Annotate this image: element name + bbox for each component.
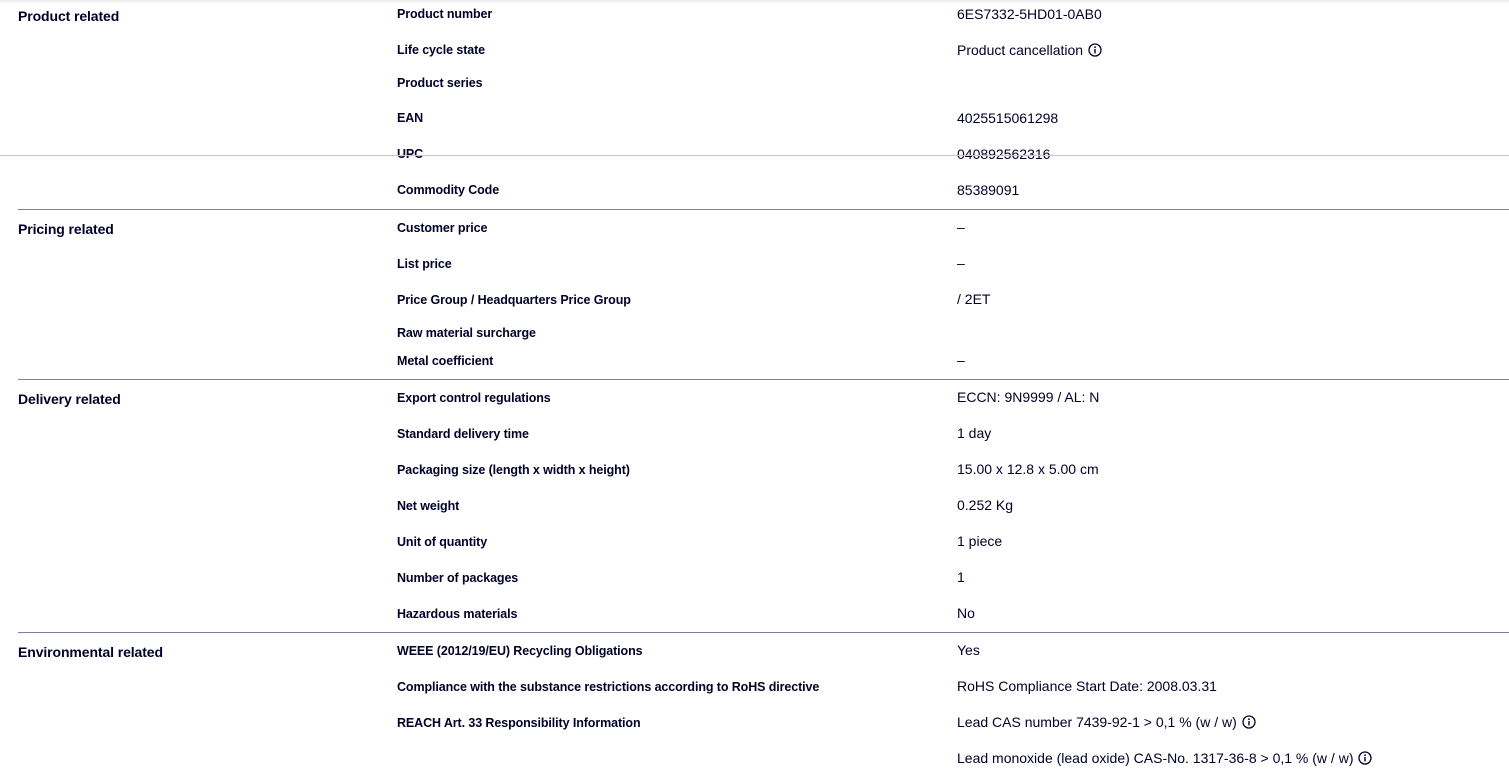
row-value: No: [957, 605, 975, 621]
row-value: / 2ET: [957, 291, 990, 307]
row-value-text: –: [957, 352, 965, 368]
table-row: List price–: [18, 257, 1509, 277]
section-pricing-related: Pricing relatedCustomer price–List price…: [18, 209, 1509, 210]
row-value: Lead monoxide (lead oxide) CAS-No. 1317-…: [957, 750, 1372, 766]
row-label: Commodity Code: [397, 183, 499, 197]
row-value-text: 4025515061298: [957, 110, 1058, 126]
row-value: ECCN: 9N9999 / AL: N: [957, 389, 1099, 405]
table-row: WEEE (2012/19/EU) Recycling ObligationsY…: [18, 644, 1509, 664]
table-row: Product series: [18, 76, 1509, 96]
row-label: Metal coefficient: [397, 354, 493, 368]
row-value: 85389091: [957, 182, 1019, 198]
row-label: WEEE (2012/19/EU) Recycling Obligations: [397, 644, 642, 658]
row-value: 6ES7332-5HD01-0AB0: [957, 6, 1102, 22]
row-label: Product series: [397, 76, 482, 90]
table-row: Product number6ES7332-5HD01-0AB0: [18, 7, 1509, 27]
row-value-text: Yes: [957, 642, 980, 658]
row-label: EAN: [397, 111, 423, 125]
row-label: Packaging size (length x width x height): [397, 463, 630, 477]
table-row: EAN4025515061298: [18, 111, 1509, 131]
row-value: 1 piece: [957, 533, 1002, 549]
table-row: Unit of quantity1 piece: [18, 535, 1509, 555]
row-value-text: –: [957, 255, 965, 271]
top-shadow: [0, 0, 1509, 4]
row-label: Compliance with the substance restrictio…: [397, 680, 819, 694]
row-value: –: [957, 352, 965, 368]
section-environmental-related: Environmental relatedWEEE (2012/19/EU) R…: [18, 632, 1509, 633]
table-row: Price Group / Headquarters Price Group/ …: [18, 293, 1509, 313]
row-value: 1: [957, 569, 965, 585]
row-value: Product cancellation: [957, 42, 1102, 58]
info-icon[interactable]: [1242, 715, 1256, 729]
row-value-text: 0.252 Kg: [957, 497, 1013, 513]
row-value-text: 1: [957, 569, 965, 585]
row-value-text: No: [957, 605, 975, 621]
row-label: REACH Art. 33 Responsibility Information: [397, 716, 640, 730]
row-value: –: [957, 255, 965, 271]
row-value: –: [957, 219, 965, 235]
row-value-text: RoHS Compliance Start Date: 2008.03.31: [957, 678, 1217, 694]
row-label: Export control regulations: [397, 391, 551, 405]
row-value-text: 6ES7332-5HD01-0AB0: [957, 6, 1102, 22]
row-value: 0.252 Kg: [957, 497, 1013, 513]
row-value-text: ECCN: 9N9999 / AL: N: [957, 389, 1099, 405]
table-row: Metal coefficient–: [18, 354, 1509, 374]
row-value-text: 040892562316: [957, 146, 1050, 162]
row-value-text: 85389091: [957, 182, 1019, 198]
table-row: Packaging size (length x width x height)…: [18, 463, 1509, 483]
info-icon[interactable]: [1088, 43, 1102, 57]
row-label: Net weight: [397, 499, 459, 513]
row-value: RoHS Compliance Start Date: 2008.03.31: [957, 678, 1217, 694]
table-row: Commodity Code85389091: [18, 183, 1509, 203]
row-value-text: Lead CAS number 7439-92-1 > 0,1 % (w / w…: [957, 714, 1237, 730]
overlay-divider-line: [0, 155, 1509, 156]
table-row: Raw material surcharge: [18, 326, 1509, 346]
row-value-text: 1 day: [957, 425, 991, 441]
table-row: Standard delivery time1 day: [18, 427, 1509, 447]
table-row: Lead monoxide (lead oxide) CAS-No. 1317-…: [18, 752, 1509, 772]
table-row: Compliance with the substance restrictio…: [18, 680, 1509, 700]
row-label: Number of packages: [397, 571, 518, 585]
row-value: 4025515061298: [957, 110, 1058, 126]
row-value-text: –: [957, 219, 965, 235]
table-row: Customer price–: [18, 221, 1509, 241]
table-row: UPC040892562316: [18, 147, 1509, 167]
row-label: Life cycle state: [397, 43, 485, 57]
row-value-text: / 2ET: [957, 291, 990, 307]
table-row: REACH Art. 33 Responsibility Information…: [18, 716, 1509, 736]
section-delivery-related: Delivery relatedExport control regulatio…: [18, 379, 1509, 380]
row-value-text: Product cancellation: [957, 42, 1083, 58]
row-label: Customer price: [397, 221, 487, 235]
table-row: Hazardous materialsNo: [18, 607, 1509, 627]
row-label: Hazardous materials: [397, 607, 517, 621]
row-label: List price: [397, 257, 452, 271]
table-row: Export control regulationsECCN: 9N9999 /…: [18, 391, 1509, 411]
row-label: Unit of quantity: [397, 535, 487, 549]
row-value-text: 1 piece: [957, 533, 1002, 549]
row-value: 1 day: [957, 425, 991, 441]
row-value: 040892562316: [957, 146, 1050, 162]
row-value-text: 15.00 x 12.8 x 5.00 cm: [957, 461, 1099, 477]
row-value: 15.00 x 12.8 x 5.00 cm: [957, 461, 1099, 477]
row-label: Standard delivery time: [397, 427, 529, 441]
table-row: Life cycle stateProduct cancellation: [18, 43, 1509, 63]
row-value: Yes: [957, 642, 980, 658]
row-label: Product number: [397, 7, 492, 21]
row-label: Raw material surcharge: [397, 326, 536, 340]
info-icon[interactable]: [1358, 751, 1372, 765]
row-label: Price Group / Headquarters Price Group: [397, 293, 631, 307]
table-row: Number of packages1: [18, 571, 1509, 591]
row-value-text: Lead monoxide (lead oxide) CAS-No. 1317-…: [957, 750, 1353, 766]
table-row: Net weight0.252 Kg: [18, 499, 1509, 519]
row-value: Lead CAS number 7439-92-1 > 0,1 % (w / w…: [957, 714, 1256, 730]
row-label: UPC: [397, 147, 423, 161]
